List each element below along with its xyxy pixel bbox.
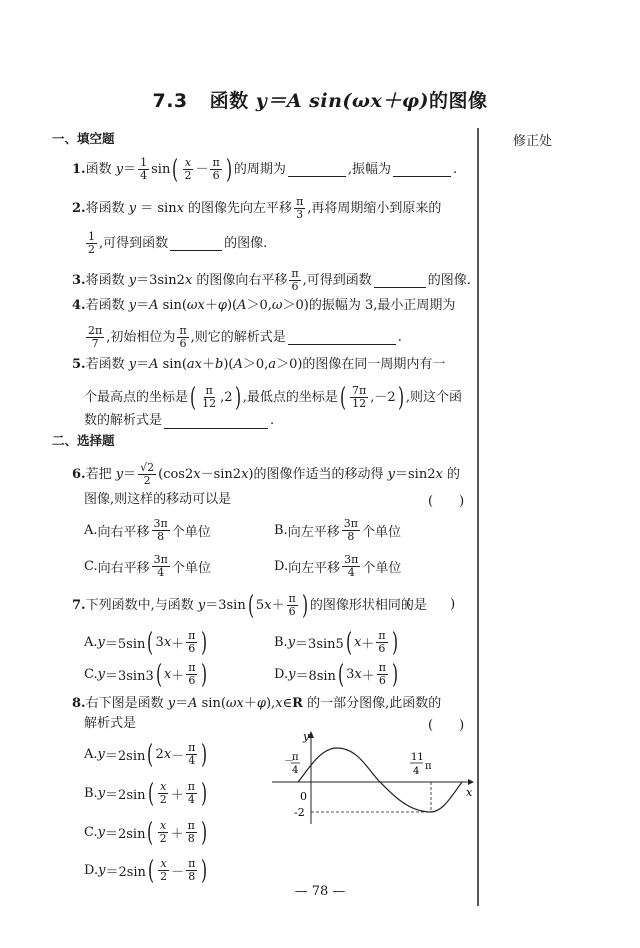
question-text: 个最高点的坐标是 — [84, 388, 188, 408]
question-text: 的图像先向左平移 — [188, 199, 292, 219]
question-number: 1. — [72, 160, 86, 180]
section-multiple-choice: 二、选择题 — [52, 431, 115, 449]
question-text: 数的解析式是 — [84, 411, 162, 431]
question-text: ,振幅为 — [348, 160, 391, 180]
question-3: 3. 将函数 y＝3sin2x 的图像向右平移 π6 ,可得到函数 的图像. — [72, 268, 471, 293]
option-text: 个单位 — [362, 557, 401, 576]
question-text: 的图像在同一周期内有一 — [302, 355, 445, 375]
option-b[interactable]: B.y＝2sin(x2＋π4) — [84, 781, 209, 806]
question-text: 解析式是 — [84, 714, 136, 734]
question-text: 的周期为 — [234, 160, 286, 180]
question-4: 4. 若函数 y＝A sin(ωx＋φ)(A＞0,ω＞0) 的振幅为 3,最小正… — [72, 296, 455, 316]
question-text: ,可得到函数 — [303, 271, 372, 291]
page-number: — 78 — — [0, 884, 640, 899]
frac-den: 8 — [155, 531, 166, 543]
question-text: 函数 — [86, 160, 112, 180]
option-label: C. — [84, 559, 98, 574]
punct: . — [398, 328, 402, 348]
correction-label: 修正处 — [513, 130, 552, 149]
question-8-cont: 解析式是 — [84, 714, 136, 734]
option-text: 向左平移 — [288, 557, 340, 576]
question-text: 下列函数中,与函数 — [86, 596, 194, 616]
question-8: 8. 右下图是函数 y＝A sin(ωx＋φ),x∈R 的一部分图像,此函数的 — [72, 694, 441, 714]
question-7: 7. 下列函数中,与函数 y＝3sin(5x＋π6) 的图像形状相同的是 — [72, 593, 427, 618]
frac-den: 8 — [345, 531, 356, 543]
question-2-cont: 12 ,可得到函数 的图像. — [84, 231, 267, 256]
question-text: 的一部分图像,此函数的 — [307, 694, 441, 714]
question-text: 的图像向右平移 — [196, 271, 287, 291]
question-number: 3. — [72, 271, 86, 291]
question-number: 4. — [72, 296, 86, 316]
option-text: 个单位 — [362, 521, 401, 540]
question-text: 若把 — [86, 465, 112, 485]
question-5-cont2: 数的解析式是 . — [84, 411, 274, 431]
question-5-cont: 个最高点的坐标是 (π12,2) ,最低点的坐标是 (7π12,－2) ,则这个… — [84, 385, 462, 410]
question-text: ,初始相位为 — [106, 328, 175, 348]
option-text: 向右平移 — [98, 557, 150, 576]
question-text: ,则这个函 — [406, 388, 462, 408]
punct: . — [453, 160, 457, 180]
question-text: 将函数 — [86, 271, 125, 291]
question-text: 将函数 — [86, 199, 125, 219]
option-label: A. — [84, 523, 98, 538]
question-text: ,最低点的坐标是 — [243, 388, 338, 408]
title-prefix: 函数 — [210, 90, 256, 112]
option-text: 向左平移 — [288, 521, 340, 540]
page-title: 7.3函数 y＝A sin(ωx＋φ)的图像 — [0, 86, 640, 113]
option-a[interactable]: A.y＝5sin(3x＋π6) — [84, 630, 210, 655]
svg-text:-2: -2 — [294, 806, 305, 819]
question-text: 图像,则这样的移动可以是 — [84, 490, 231, 510]
answer-blank[interactable] — [170, 236, 222, 251]
option-label: D. — [274, 559, 288, 574]
question-number: 7. — [72, 596, 86, 616]
question-number: 2. — [72, 199, 86, 219]
option-a[interactable]: A.向右平移3π8个单位 — [84, 518, 211, 543]
x-arrow-icon — [468, 779, 474, 785]
option-label: B. — [274, 523, 288, 538]
question-text: ,再将周期缩小到原来的 — [307, 199, 441, 219]
question-2: 2. 将函数 y ＝ sinx 的图像先向左平移 π3 ,再将周期缩小到原来的 — [72, 196, 441, 221]
section-fill-in-blank: 一、填空题 — [52, 129, 115, 147]
svg-text:0: 0 — [300, 790, 307, 803]
answer-blank-amplitude[interactable] — [393, 162, 451, 177]
answer-paren[interactable]: ( ) — [406, 593, 455, 612]
question-text: 右下图是函数 — [86, 694, 164, 714]
question-6: 6. 若把 y＝√22(cos2x－sin2x) 的图像作适当的移动得 y＝si… — [72, 462, 460, 487]
question-number: 8. — [72, 694, 86, 714]
question-text: 的图像. — [428, 271, 471, 291]
option-a[interactable]: A.y＝2sin(2x－π4) — [84, 742, 210, 767]
option-d[interactable]: D.向左平移3π4个单位 — [274, 554, 401, 579]
question-text: ,则它的解析式是 — [191, 328, 286, 348]
answer-blank[interactable] — [288, 330, 396, 345]
answer-paren[interactable]: ( ) — [428, 490, 464, 509]
question-5: 5. 若函数 y＝A sin(ax＋b)(A＞0,a＞0) 的图像在同一周期内有… — [72, 355, 445, 375]
svg-text:x: x — [466, 786, 473, 799]
question-number: 5. — [72, 355, 86, 375]
svg-text:4: 4 — [413, 766, 419, 777]
svg-text:π: π — [292, 752, 299, 763]
question-4-cont: 2π7 ,初始相位为 π6 ,则它的解析式是 . — [84, 325, 402, 350]
question-text: 的振幅为 3,最小正周期为 — [309, 296, 456, 316]
option-text: 个单位 — [172, 521, 211, 540]
svg-text:π: π — [425, 761, 432, 772]
option-d[interactable]: D.y＝8sin(3x＋π6) — [274, 662, 400, 687]
answer-blank[interactable] — [164, 414, 268, 429]
svg-text:y: y — [302, 730, 310, 743]
option-c[interactable]: C.y＝3sin3(x＋π6) — [84, 662, 210, 687]
question-1: 1. 函数 y＝14sin(x2－π6) 的周期为 ,振幅为 . — [72, 157, 457, 182]
question-text: 的 — [447, 465, 460, 485]
option-c[interactable]: C.y＝2sin(x2＋π8) — [84, 820, 209, 845]
punct: . — [270, 411, 274, 431]
option-b[interactable]: B.y＝3sin5(x＋π6) — [274, 630, 400, 655]
question-text: 若函数 — [86, 355, 125, 375]
section-number: 7.3 — [152, 90, 187, 112]
title-formula: y＝A sin(ωx＋φ) — [256, 90, 429, 112]
question-text: ,可得到函数 — [99, 234, 168, 254]
question-number: 6. — [72, 465, 86, 485]
question-text: 的图像作适当的移动得 — [254, 465, 384, 485]
option-text: 向右平移 — [98, 521, 150, 540]
question-text: 的图像. — [224, 234, 267, 254]
question-text: 若函数 — [86, 296, 125, 316]
sine-graph: y x － π 4 11 4 π 0 -2 — [268, 728, 478, 824]
option-text: 个单位 — [172, 557, 211, 576]
svg-text:11: 11 — [411, 752, 424, 763]
option-b[interactable]: B.向左平移3π8个单位 — [274, 518, 401, 543]
answer-blank[interactable] — [374, 273, 426, 288]
option-d[interactable]: D.y＝2sin(x2－π8) — [84, 858, 210, 883]
answer-blank-period[interactable] — [288, 162, 346, 177]
option-c[interactable]: C.向右平移3π4个单位 — [84, 554, 211, 579]
svg-text:4: 4 — [292, 765, 298, 776]
frac-den: 4 — [155, 567, 166, 579]
frac-den: 4 — [346, 567, 357, 579]
question-6-cont: 图像,则这样的移动可以是 — [84, 490, 231, 510]
title-suffix: 的图像 — [429, 90, 488, 112]
